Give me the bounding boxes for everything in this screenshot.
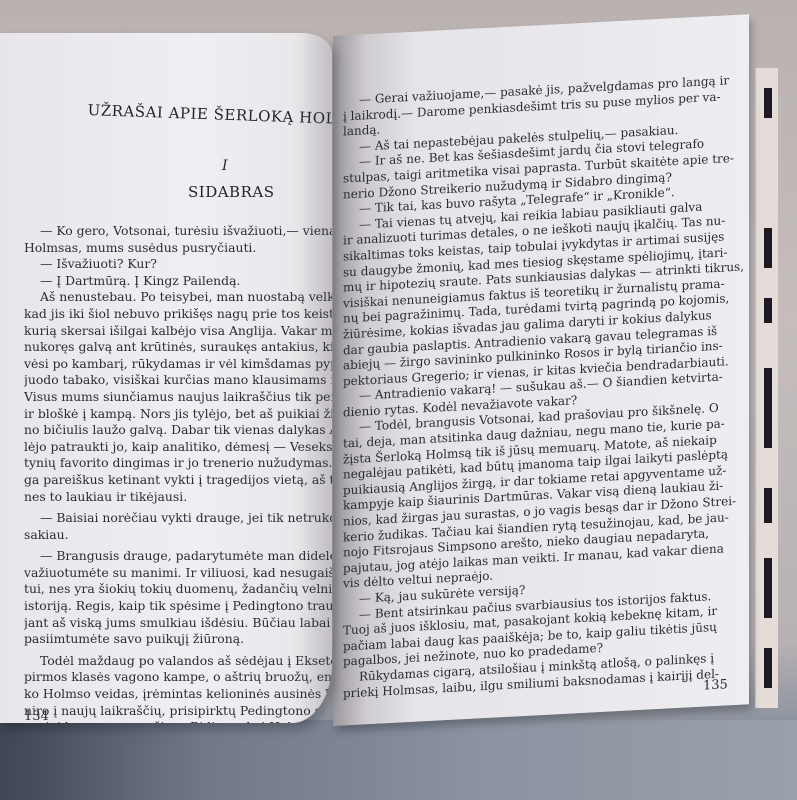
text-line: Todėl maždaug po valandos aš sėdėjau į E… [24,653,332,670]
text-line: Holmsas, mums susėdus pusryčiauti. [24,240,332,257]
text-line: — Ko gero, Votsonai, turėsiu išvažiuoti,… [24,223,332,240]
text-line: tynių favorito dingimas ir jo trenerio n… [24,455,332,472]
text-line: nes to laukiau ir tikėjausi. [24,489,332,506]
text-line: ko Holmso veidas, įrėmintas kelioninės a… [24,686,332,703]
table-surface [0,720,797,800]
text-line: kurią skersai išilgai kalbėjo visa Angli… [24,323,332,340]
chapter-title: SIDABRAS [188,183,275,201]
text-line: — Brangusis drauge, padarytumėte man did… [24,548,332,565]
text-line: Aš nenustebau. Po teisybei, man nuostabą… [24,289,332,306]
right-page: — Gerai važiuojame,— pasakė jis, pažvelg… [333,14,749,726]
page-curl-shadow [292,33,332,723]
right-page-text: — Gerai važiuojame,— pasakė jis, pažvelg… [343,73,743,702]
text-line: Visus mums siunčiamus naujus laikraščius… [24,389,332,406]
text-line: tui, nes yra šiokių tokių duomenų, žadan… [24,581,332,598]
text-line: niro į naujų laikraščių, prisipirktų Ped… [24,703,332,720]
text-line: — Į Dartmūrą. Į Kingz Pailendą. [24,273,332,290]
text-line: sakiau. [24,527,332,544]
text-line: istoriją. Regis, kaip tik spėsime į Pedi… [24,598,332,615]
text-line: vėsi po kambarį, rūkydamas ir vėl kimšda… [24,356,332,373]
left-page-text: — Ko gero, Votsonai, turėsiu išvažiuoti,… [24,223,332,723]
text-line: no bičiulis laužo galvą. Dabar tik viena… [24,422,332,439]
text-line: važiuotumėte su manimi. Ir viliuosi, kad… [24,565,332,582]
page-number-135: 135 [703,677,728,693]
page-number-134: 134 [24,709,49,723]
text-line: ir bloškė į kampą. Nors jis tylėjo, bet … [24,406,332,423]
text-line: lėjo patraukti jo, kaip analitiko, dėmes… [24,439,332,456]
chapter-number: I [222,158,228,174]
text-line: kad jis iki šiol nebuvo prikišęs nagų pr… [24,306,332,323]
text-line: ga pareiškus ketinant vykti į tragedijos… [24,472,332,489]
text-line: pasiimtumėte savo puikųjį žiūroną. [24,631,332,648]
text-line: — Baisiai norėčiau vykti drauge, jei tik… [24,510,332,527]
text-line: nukoręs galvą ant krūtinės, suraukęs ant… [24,339,332,356]
text-line: pirmos klasės vagono kampe, o aštrių bru… [24,669,332,686]
text-line: juodo tabako, visiškai kurčias mano klau… [24,372,332,389]
text-line: — Išvažiuoti? Kur? [24,256,332,273]
book-cover-edge [755,68,778,708]
text-line: seniai buvome pravažiavę Ridingą, kai Ho… [24,719,332,723]
text-line: jant aš viską jums smulkiau išdėsiu. Būč… [24,615,332,632]
left-page: UŽRAŠAI APIE ŠERLOKĄ HOLMSĄ I SIDABRAS —… [0,33,332,723]
